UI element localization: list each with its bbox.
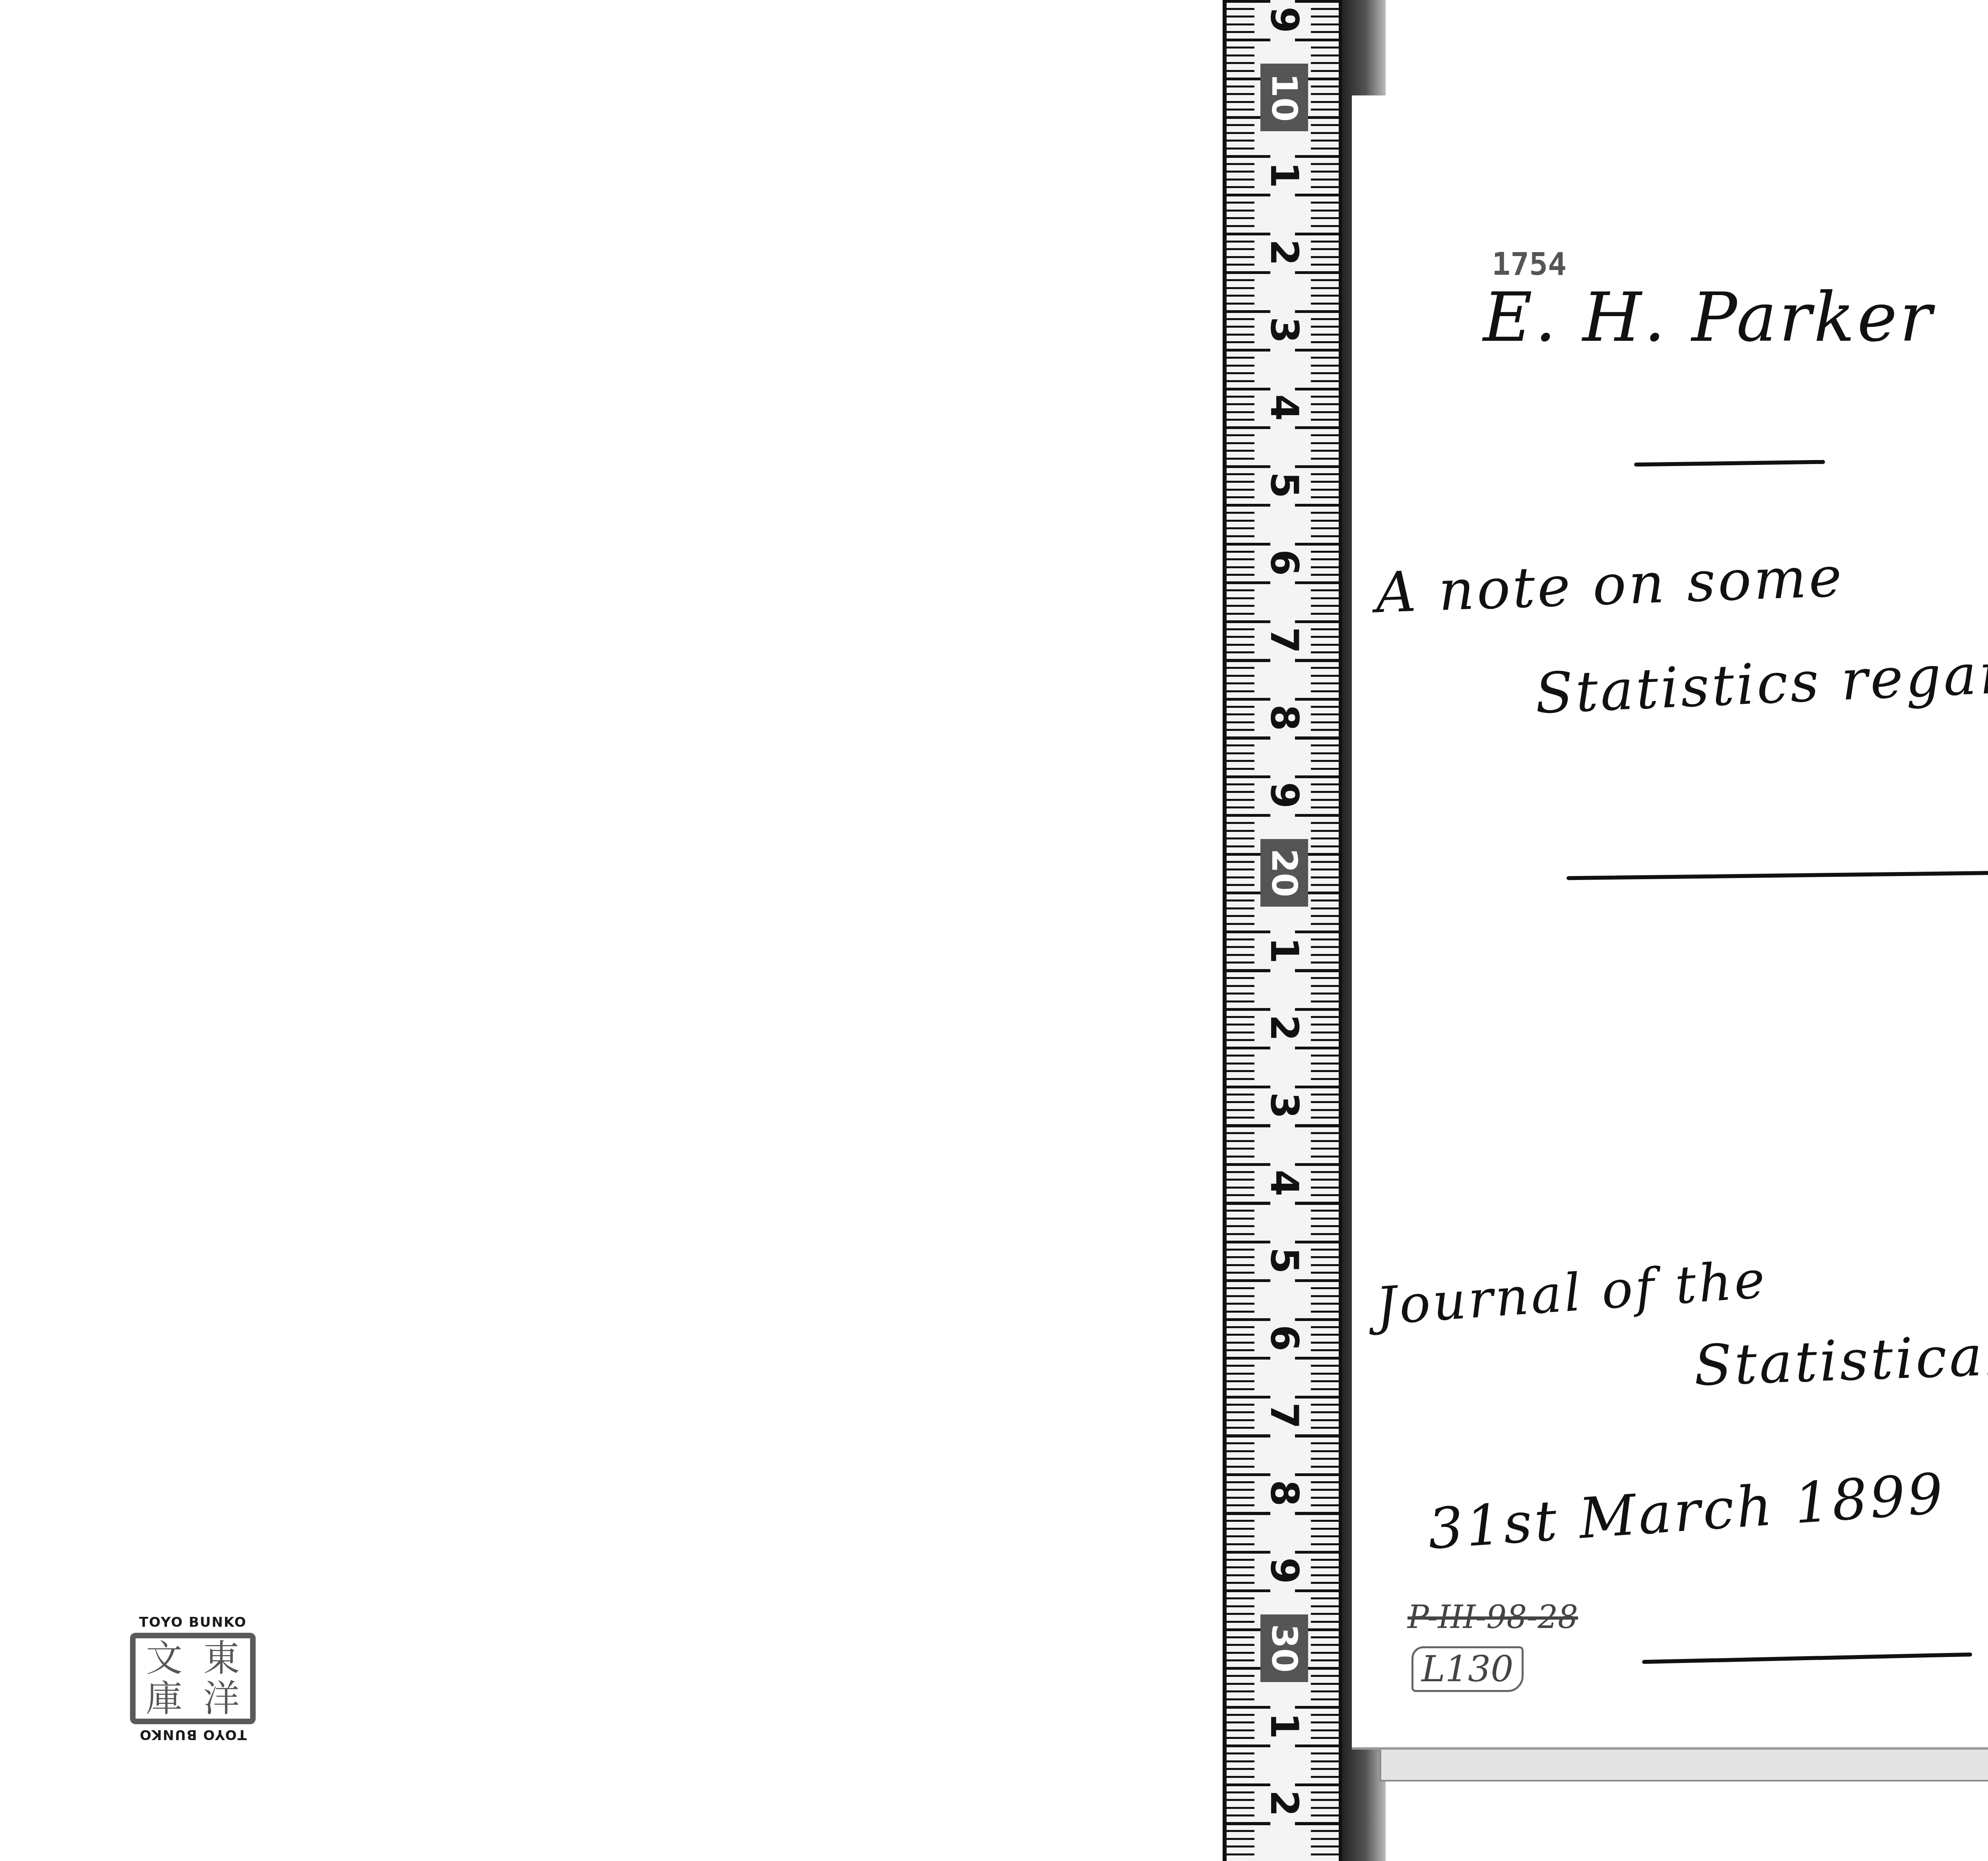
ruler-label: 20 bbox=[1260, 839, 1308, 907]
seal-char: 洋 bbox=[203, 1680, 240, 1717]
author-name: E. H. Parker bbox=[1483, 278, 1934, 357]
ruler-label: 1 bbox=[1260, 917, 1308, 984]
seal-char: 東 bbox=[203, 1640, 240, 1677]
ruler-label: 5 bbox=[1260, 451, 1308, 519]
ruler-label: 4 bbox=[1260, 1149, 1308, 1217]
ruler-label: 5 bbox=[1260, 1227, 1308, 1294]
seal-char: 文 bbox=[146, 1640, 182, 1677]
seal-char: 庫 bbox=[146, 1680, 182, 1717]
ruler-label: 7 bbox=[1260, 606, 1308, 674]
ruler-label: 3 bbox=[1260, 1072, 1308, 1139]
ruler-label: 9 bbox=[1260, 0, 1308, 54]
ruler-label: 8 bbox=[1260, 1459, 1308, 1527]
ruler-label: 1 bbox=[1260, 1692, 1308, 1760]
ruler-label: 9 bbox=[1260, 1537, 1308, 1605]
ruler-label: 2 bbox=[1260, 219, 1308, 286]
ruler-label: 6 bbox=[1260, 1304, 1308, 1372]
shelfmark-label: L130 bbox=[1411, 1646, 1524, 1692]
ruler-label: 10 bbox=[1260, 64, 1308, 131]
old-shelfmark: P-III-98-28 bbox=[1408, 1599, 1578, 1636]
ruler-label: 30 bbox=[1260, 1614, 1308, 1682]
stamp-caption-bottom: TOYO BUNKO bbox=[127, 1727, 258, 1743]
ruler-label: 7 bbox=[1260, 1382, 1308, 1449]
ruler-label: 2 bbox=[1260, 1770, 1308, 1837]
accession-number: 1754 bbox=[1492, 247, 1567, 282]
ruler-label: 8 bbox=[1260, 684, 1308, 752]
measuring-ruler: 910123456789201234567893012 bbox=[1223, 0, 1342, 1861]
ruler-label: 6 bbox=[1260, 529, 1308, 596]
ruler-label: 2 bbox=[1260, 994, 1308, 1062]
seal-icon: 文 東 庫 洋 bbox=[130, 1633, 256, 1724]
ruler-label: 3 bbox=[1260, 296, 1308, 364]
stamp-caption-top: TOYO BUNKO bbox=[127, 1614, 258, 1630]
ruler-label: 4 bbox=[1260, 374, 1308, 441]
toyo-bunko-stamp-left: TOYO BUNKO 文 東 庫 洋 TOYO BUNKO bbox=[127, 1614, 258, 1746]
ruler-label: 1 bbox=[1260, 141, 1308, 209]
ruler-label: 9 bbox=[1260, 761, 1308, 829]
